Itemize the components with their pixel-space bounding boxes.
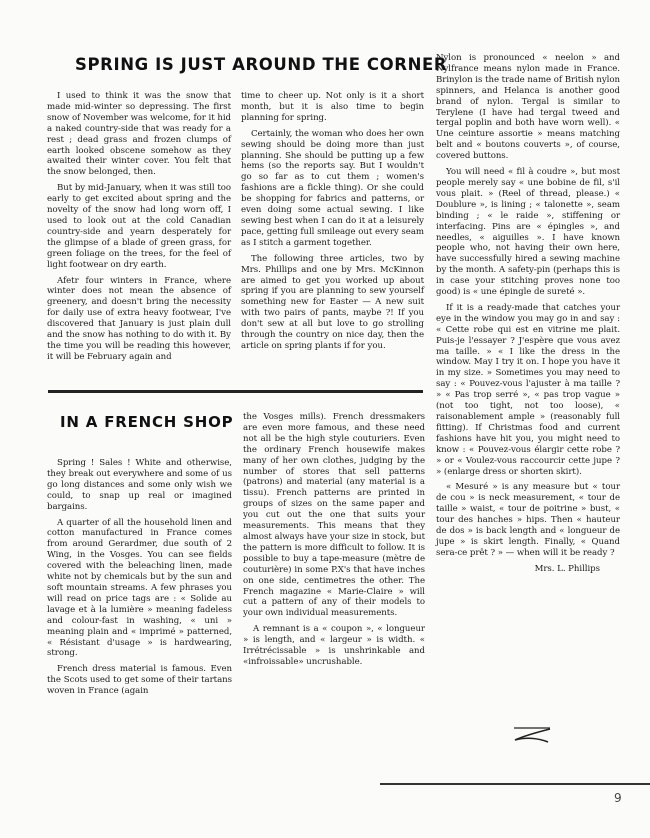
- end-mark-icon: [510, 725, 555, 745]
- page-number: 9: [614, 791, 622, 805]
- footer-rule: [380, 783, 650, 785]
- section-divider: [48, 390, 423, 393]
- french-shop-column-2: the Vosges mills). French dressmakers ar…: [243, 412, 425, 673]
- paragraph: Nylon is pronounced « neelon » and Nylfr…: [436, 53, 620, 162]
- article-title-french-shop: IN A FRENCH SHOP: [60, 413, 233, 431]
- paragraph: A quarter of all the household linen and…: [47, 518, 232, 660]
- french-shop-column-3: Nylon is pronounced « neelon » and Nylfr…: [436, 53, 620, 580]
- paragraph: « Mesuré » is any measure but « tour de …: [436, 482, 620, 558]
- french-shop-column-1: Spring ! Sales ! White and otherwise, th…: [47, 458, 232, 702]
- paragraph: Afetr four winters in France, where wint…: [47, 276, 231, 363]
- paragraph: French dress material is famous. Even th…: [47, 664, 232, 697]
- paragraph: A remnant is a « coupon », « longueur » …: [243, 624, 425, 668]
- paragraph: time to cheer up. Not only is it a short…: [241, 91, 424, 124]
- paragraph: the Vosges mills). French dressmakers ar…: [243, 412, 425, 619]
- paragraph: If it is a ready-made that catches your …: [436, 303, 620, 478]
- spring-column-1: I used to think it was the snow that mad…: [47, 91, 231, 363]
- paragraph: Certainly, the woman who does her own se…: [241, 129, 424, 249]
- spring-column-2: time to cheer up. Not only is it a short…: [241, 91, 424, 357]
- paragraph: Spring ! Sales ! White and otherwise, th…: [47, 458, 232, 513]
- paragraph: You will need « fil à coudre », but most…: [436, 167, 620, 298]
- paragraph: But by mid-January, when it was still to…: [47, 183, 231, 270]
- article-title-spring: SPRING IS JUST AROUND THE CORNER: [75, 55, 447, 74]
- paragraph: The following three articles, two by Mrs…: [241, 254, 424, 352]
- author-signature: Mrs. L. Phillips: [436, 564, 620, 575]
- paragraph: I used to think it was the snow that mad…: [47, 91, 231, 178]
